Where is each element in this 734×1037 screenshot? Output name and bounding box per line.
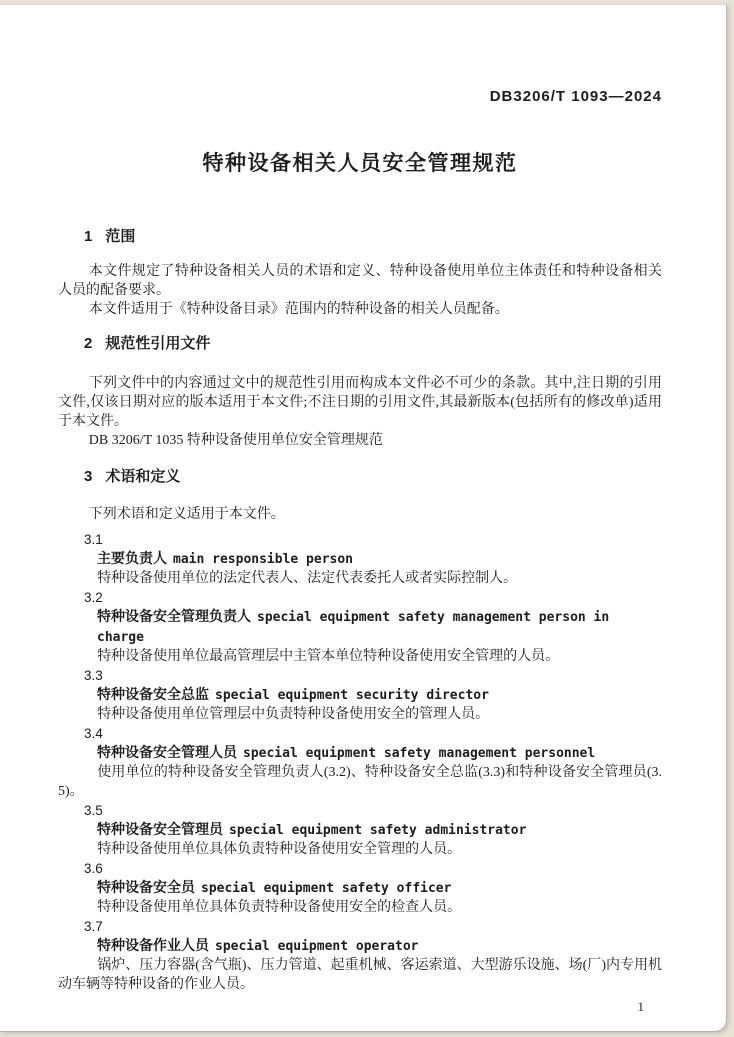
term-definition: 特种设备使用单位最高管理层中主管本单位特种设备使用安全管理的人员。 xyxy=(58,647,662,666)
clause-2-heading: 2规范性引用文件 xyxy=(58,334,662,353)
clause-1-heading: 1范围 xyxy=(58,227,662,246)
term-name-zh: 特种设备安全员 xyxy=(97,879,195,895)
term-definition: 特种设备使用单位管理层中负责特种设备使用安全的管理人员。 xyxy=(58,705,662,724)
term-entry: 3.6 特种设备安全员special equipment safety offi… xyxy=(58,859,662,917)
clause-2-title: 规范性引用文件 xyxy=(105,335,210,352)
term-entry: 3.3 特种设备安全总监special equipment security d… xyxy=(58,666,662,724)
doc-code: DB3206/T 1093—2024 xyxy=(58,89,662,105)
term-definition: 锅炉、压力容器(含气瓶)、压力管道、起重机械、客运索道、大型游乐设施、场(厂)内… xyxy=(58,956,662,994)
term-name-zh: 特种设备安全总监 xyxy=(97,686,209,702)
term-name-zh: 特种设备作业人员 xyxy=(97,937,209,953)
term-number: 3.7 xyxy=(58,917,662,936)
clause-2-paragraph: 下列文件中的内容通过文中的规范性引用而构成本文件必不可少的条款。其中,注日期的引… xyxy=(58,374,662,431)
page-number: 1 xyxy=(58,998,662,1016)
term-definition: 特种设备使用单位的法定代表人、法定代表委托人或者实际控制人。 xyxy=(58,569,662,588)
clause-1-number: 1 xyxy=(84,228,92,245)
clause-1-paragraph: 本文件规定了特种设备相关人员的术语和定义、特种设备使用单位主体责任和特种设备相关… xyxy=(58,262,662,300)
term-entry: 3.5 特种设备安全管理员special equipment safety ad… xyxy=(58,801,662,859)
term-name-en: special equipment security director xyxy=(215,688,489,703)
term-name-zh: 特种设备安全管理人员 xyxy=(97,744,237,760)
term-number: 3.2 xyxy=(58,588,662,607)
term-entry: 3.1 主要负责人main responsible person 特种设备使用单… xyxy=(58,530,662,588)
term-entry: 3.7 特种设备作业人员special equipment operator 锅… xyxy=(58,917,662,994)
clause-3-title: 术语和定义 xyxy=(105,468,180,485)
term-name-en: special equipment safety management pers… xyxy=(243,746,595,761)
term-name-en: main responsible person xyxy=(173,552,353,567)
terms-list: 3.1 主要负责人main responsible person 特种设备使用单… xyxy=(58,530,662,994)
clause-2-number: 2 xyxy=(84,335,92,352)
term-name: 特种设备安全管理人员special equipment safety manag… xyxy=(58,743,662,763)
term-name-en: special equipment operator xyxy=(215,939,419,954)
term-name-zh: 特种设备安全管理负责人 xyxy=(97,608,251,624)
clause-3-number: 3 xyxy=(84,468,92,485)
term-name: 特种设备安全管理员special equipment safety admini… xyxy=(58,820,662,840)
term-entry: 3.4 特种设备安全管理人员special equipment safety m… xyxy=(58,724,662,801)
term-number: 3.6 xyxy=(58,859,662,878)
term-name-zh: 主要负责人 xyxy=(97,550,167,566)
term-number: 3.1 xyxy=(58,530,662,549)
term-name-en: special equipment safety officer xyxy=(201,881,451,896)
term-number: 3.3 xyxy=(58,666,662,685)
term-definition: 使用单位的特种设备安全管理负责人(3.2)、特种设备安全总监(3.3)和特种设备… xyxy=(58,763,662,801)
page-content: DB3206/T 1093—2024 特种设备相关人员安全管理规范 1范围 本文… xyxy=(58,89,662,1016)
clause-1-paragraph: 本文件适用于《特种设备目录》范围内的特种设备的相关人员配备。 xyxy=(58,300,662,319)
clause-1-title: 范围 xyxy=(105,228,135,245)
terms-intro: 下列术语和定义适用于本文件。 xyxy=(58,505,662,524)
term-entry: 3.2 特种设备安全管理负责人special equipment safety … xyxy=(58,588,662,666)
clause-3-heading: 3术语和定义 xyxy=(58,467,662,486)
term-name: 特种设备安全员special equipment safety officer xyxy=(58,878,662,898)
term-definition: 特种设备使用单位具体负责特种设备使用安全的检查人员。 xyxy=(58,898,662,917)
term-name: 特种设备作业人员special equipment operator xyxy=(58,936,662,956)
term-name: 特种设备安全管理负责人special equipment safety mana… xyxy=(58,607,662,647)
doc-title: 特种设备相关人员安全管理规范 xyxy=(58,151,662,177)
term-name: 主要负责人main responsible person xyxy=(58,549,662,569)
term-definition: 特种设备使用单位具体负责特种设备使用安全管理的人员。 xyxy=(58,840,662,859)
term-number: 3.4 xyxy=(58,724,662,743)
term-name: 特种设备安全总监special equipment security direc… xyxy=(58,685,662,705)
term-name-zh: 特种设备安全管理员 xyxy=(97,821,223,837)
term-name-en: special equipment safety administrator xyxy=(229,823,526,838)
document-page: DB3206/T 1093—2024 特种设备相关人员安全管理规范 1范围 本文… xyxy=(0,4,727,1032)
normative-reference: DB 3206/T 1035 特种设备使用单位安全管理规范 xyxy=(58,431,662,450)
term-number: 3.5 xyxy=(58,801,662,820)
